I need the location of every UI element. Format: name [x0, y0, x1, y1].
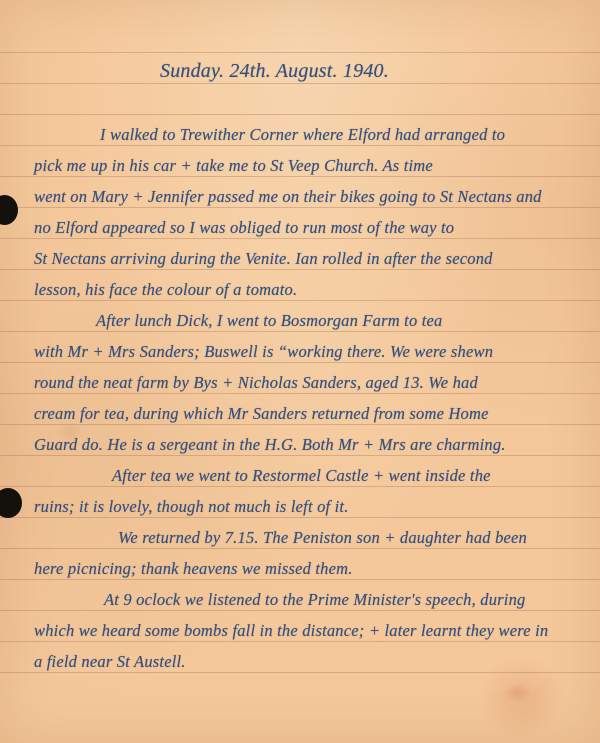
diary-line: I walked to Trewither Corner where Elfor… [34, 120, 600, 150]
diary-line: here picnicing; thank heavens we missed … [34, 554, 600, 584]
diary-line: which we heard some bombs fall in the di… [34, 616, 600, 646]
hole-punch-top [0, 195, 18, 225]
diary-line: We returned by 7.15. The Peniston son + … [34, 523, 600, 553]
diary-line: St Nectans arriving during the Venite. I… [34, 244, 600, 274]
diary-page: Sunday. 24th. August. 1940. I walked to … [0, 0, 600, 743]
diary-line: After tea we went to Restormel Castle + … [34, 461, 600, 491]
diary-line: no Elford appeared so I was obliged to r… [34, 213, 600, 243]
diary-line: lesson, his face the colour of a tomato. [34, 275, 600, 305]
diary-date-heading: Sunday. 24th. August. 1940. [160, 56, 389, 86]
diary-line: ruins; it is lovely, though not much is … [34, 492, 600, 522]
diary-line: Guard do. He is a sergeant in the H.G. B… [34, 430, 600, 460]
diary-line: round the neat farm by Bys + Nicholas Sa… [34, 368, 600, 398]
diary-line: cream for tea, during which Mr Sanders r… [34, 399, 600, 429]
hole-punch-bottom [0, 488, 22, 518]
diary-line: After lunch Dick, I went to Bosmorgan Fa… [34, 306, 600, 336]
diary-line: At 9 oclock we listened to the Prime Min… [34, 585, 600, 615]
paper-stain [505, 683, 531, 703]
diary-line: went on Mary + Jennifer passed me on the… [34, 182, 600, 212]
diary-line: with Mr + Mrs Sanders; Buswell is “worki… [34, 337, 600, 367]
diary-line: a field near St Austell. [34, 647, 600, 677]
diary-line: pick me up in his car + take me to St Ve… [34, 151, 600, 181]
